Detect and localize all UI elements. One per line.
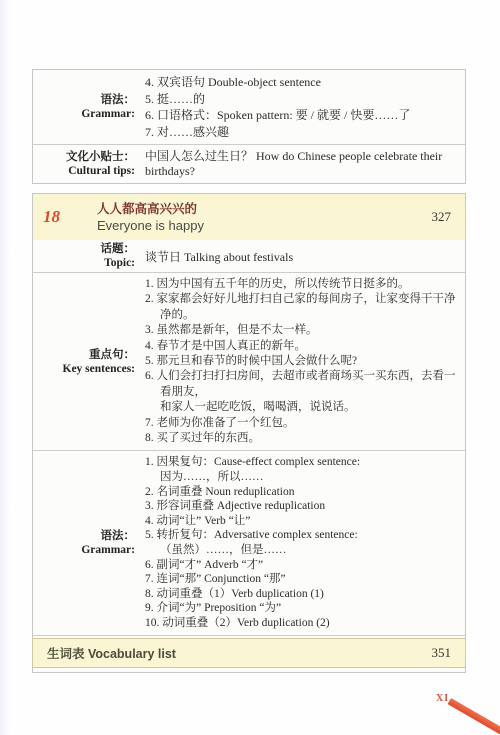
vocabulary-list-band: 生词表 Vocabulary list 351 bbox=[32, 638, 466, 668]
lesson-grammar-items: 1. 因果复句：Cause-effect complex sentence: 因… bbox=[145, 455, 457, 630]
lesson-grammar-content: 1. 因果复句：Cause-effect complex sentence: 因… bbox=[141, 451, 465, 634]
previous-lesson-table: 语法： Grammar: 4. 双宾语句 Double-object sente… bbox=[32, 69, 466, 184]
cultural-tips-content: 中国人怎么过生日？ How do Chinese people celebrat… bbox=[141, 145, 465, 183]
lesson-grammar-label: 语法： Grammar: bbox=[33, 451, 141, 634]
corner-ribbon-decoration bbox=[448, 698, 500, 735]
key-sentence-item: 4. 春节才是中国人真正的新年。 bbox=[145, 339, 457, 354]
grammar-label-en: Grammar: bbox=[81, 107, 135, 121]
lesson-page-number: 327 bbox=[432, 209, 452, 225]
grammar-items: 4. 双宾语句 Double-object sentence5. 挺……的6. … bbox=[145, 74, 457, 140]
key-sentences-items: 1. 因为中国有五千年的历史，所以传统节日挺多的。2. 家家都会好好儿地打扫自己… bbox=[145, 277, 457, 446]
cultural-tips-label-zh: 文化小贴士： bbox=[66, 150, 135, 164]
lesson-header-band: 18 人人都高高兴兴的 Everyone is happy 327 bbox=[33, 194, 465, 240]
topic-label-zh: 话题： bbox=[101, 242, 136, 256]
grammar-item: 7. 对……感兴趣 bbox=[145, 124, 457, 141]
key-sentence-item: 1. 因为中国有五千年的历史，所以传统节日挺多的。 bbox=[145, 277, 457, 292]
key-sentences-row: 重点句： Key sentences: 1. 因为中国有五千年的历史，所以传统节… bbox=[33, 272, 465, 450]
lesson-grammar-row: 语法： Grammar: 1. 因果复句：Cause-effect comple… bbox=[33, 450, 465, 634]
grammar-label-zh: 语法： bbox=[101, 93, 136, 107]
grammar-item: 5. 挺……的 bbox=[145, 91, 457, 108]
lesson-18-table: 18 人人都高高兴兴的 Everyone is happy 327 话题： To… bbox=[32, 193, 466, 673]
lesson-grammar-label-zh: 语法： bbox=[101, 529, 136, 543]
lesson-grammar-item: 4. 动词“让” Verb “让” bbox=[145, 514, 457, 529]
lesson-grammar-item: 5. 转折复句：Adversative complex sentence: （虽… bbox=[145, 528, 457, 557]
grammar-content: 4. 双宾语句 Double-object sentence5. 挺……的6. … bbox=[141, 70, 465, 144]
lesson-title-en: Everyone is happy bbox=[97, 217, 204, 234]
grammar-row: 语法： Grammar: 4. 双宾语句 Double-object sente… bbox=[33, 70, 465, 144]
cultural-tips-label-en: Cultural tips: bbox=[68, 164, 135, 178]
lesson-grammar-item: 8. 动词重叠（1）Verb duplication (1) bbox=[145, 587, 457, 602]
lesson-grammar-item: 2. 名词重叠 Noun reduplication bbox=[145, 485, 457, 500]
lesson-number: 18 bbox=[43, 207, 97, 227]
grammar-item: 4. 双宾语句 Double-object sentence bbox=[145, 74, 457, 91]
cultural-tips-text: 中国人怎么过生日？ How do Chinese people celebrat… bbox=[145, 149, 457, 179]
grammar-label: 语法： Grammar: bbox=[33, 70, 141, 144]
key-sentence-item: 3. 虽然都是新年，但是不太一样。 bbox=[145, 323, 457, 338]
lesson-grammar-item: 10. 动词重叠（2）Verb duplication (2) bbox=[145, 616, 457, 631]
lesson-grammar-item: 1. 因果复句：Cause-effect complex sentence: 因… bbox=[145, 455, 457, 484]
key-sentence-item: 8. 买了买过年的东西。 bbox=[145, 431, 457, 446]
topic-content: 谈节日 Talking about festivals bbox=[141, 240, 465, 272]
cultural-tips-row: 文化小贴士： Cultural tips: 中国人怎么过生日？ How do C… bbox=[33, 144, 465, 183]
lesson-grammar-label-en: Grammar: bbox=[81, 543, 135, 557]
key-sentence-item: 7. 老师为你准备了一个红包。 bbox=[145, 416, 457, 431]
lesson-titles: 人人都高高兴兴的 Everyone is happy bbox=[97, 201, 204, 234]
key-sentence-item: 5. 那元旦和春节的时候中国人会做什么呢? bbox=[145, 354, 457, 369]
topic-label-en: Topic: bbox=[104, 256, 135, 270]
key-sentence-item: 6. 人们会打扫打扫房间，去超市或者商场买一买东西，去看一看朋友， 和家人一起吃… bbox=[145, 369, 457, 415]
vocabulary-page-number: 351 bbox=[432, 645, 452, 661]
key-sentences-content: 1. 因为中国有五千年的历史，所以传统节日挺多的。2. 家家都会好好儿地打扫自己… bbox=[141, 273, 465, 450]
lesson-grammar-item: 7. 连词“那” Conjunction “那” bbox=[145, 572, 457, 587]
topic-label: 话题： Topic: bbox=[33, 240, 141, 272]
lesson-grammar-item: 3. 形容词重叠 Adjective reduplication bbox=[145, 499, 457, 514]
lesson-grammar-item: 9. 介词“为” Preposition “为” bbox=[145, 601, 457, 616]
grammar-item: 6. 口语格式：Spoken pattern: 要 / 就要 / 快要……了 bbox=[145, 107, 457, 124]
topic-row: 话题： Topic: 谈节日 Talking about festivals bbox=[33, 240, 465, 272]
lesson-grammar-item: 6. 副词“才” Adverb “才” bbox=[145, 558, 457, 573]
key-sentence-item: 2. 家家都会好好儿地打扫自己家的每间房子，让家变得干干净净的。 bbox=[145, 292, 457, 323]
key-sentences-label-en: Key sentences: bbox=[63, 362, 136, 376]
cultural-tips-label: 文化小贴士： Cultural tips: bbox=[33, 145, 141, 183]
key-sentences-label: 重点句： Key sentences: bbox=[33, 273, 141, 450]
key-sentences-label-zh: 重点句： bbox=[89, 348, 135, 362]
topic-text: 谈节日 Talking about festivals bbox=[145, 248, 457, 265]
textbook-contents-page: { "colors": { "band_yellow": "#faf6d4", … bbox=[0, 0, 500, 735]
vocabulary-list-title: 生词表 Vocabulary list bbox=[47, 644, 176, 662]
lesson-title-zh: 人人都高高兴兴的 bbox=[97, 201, 204, 217]
